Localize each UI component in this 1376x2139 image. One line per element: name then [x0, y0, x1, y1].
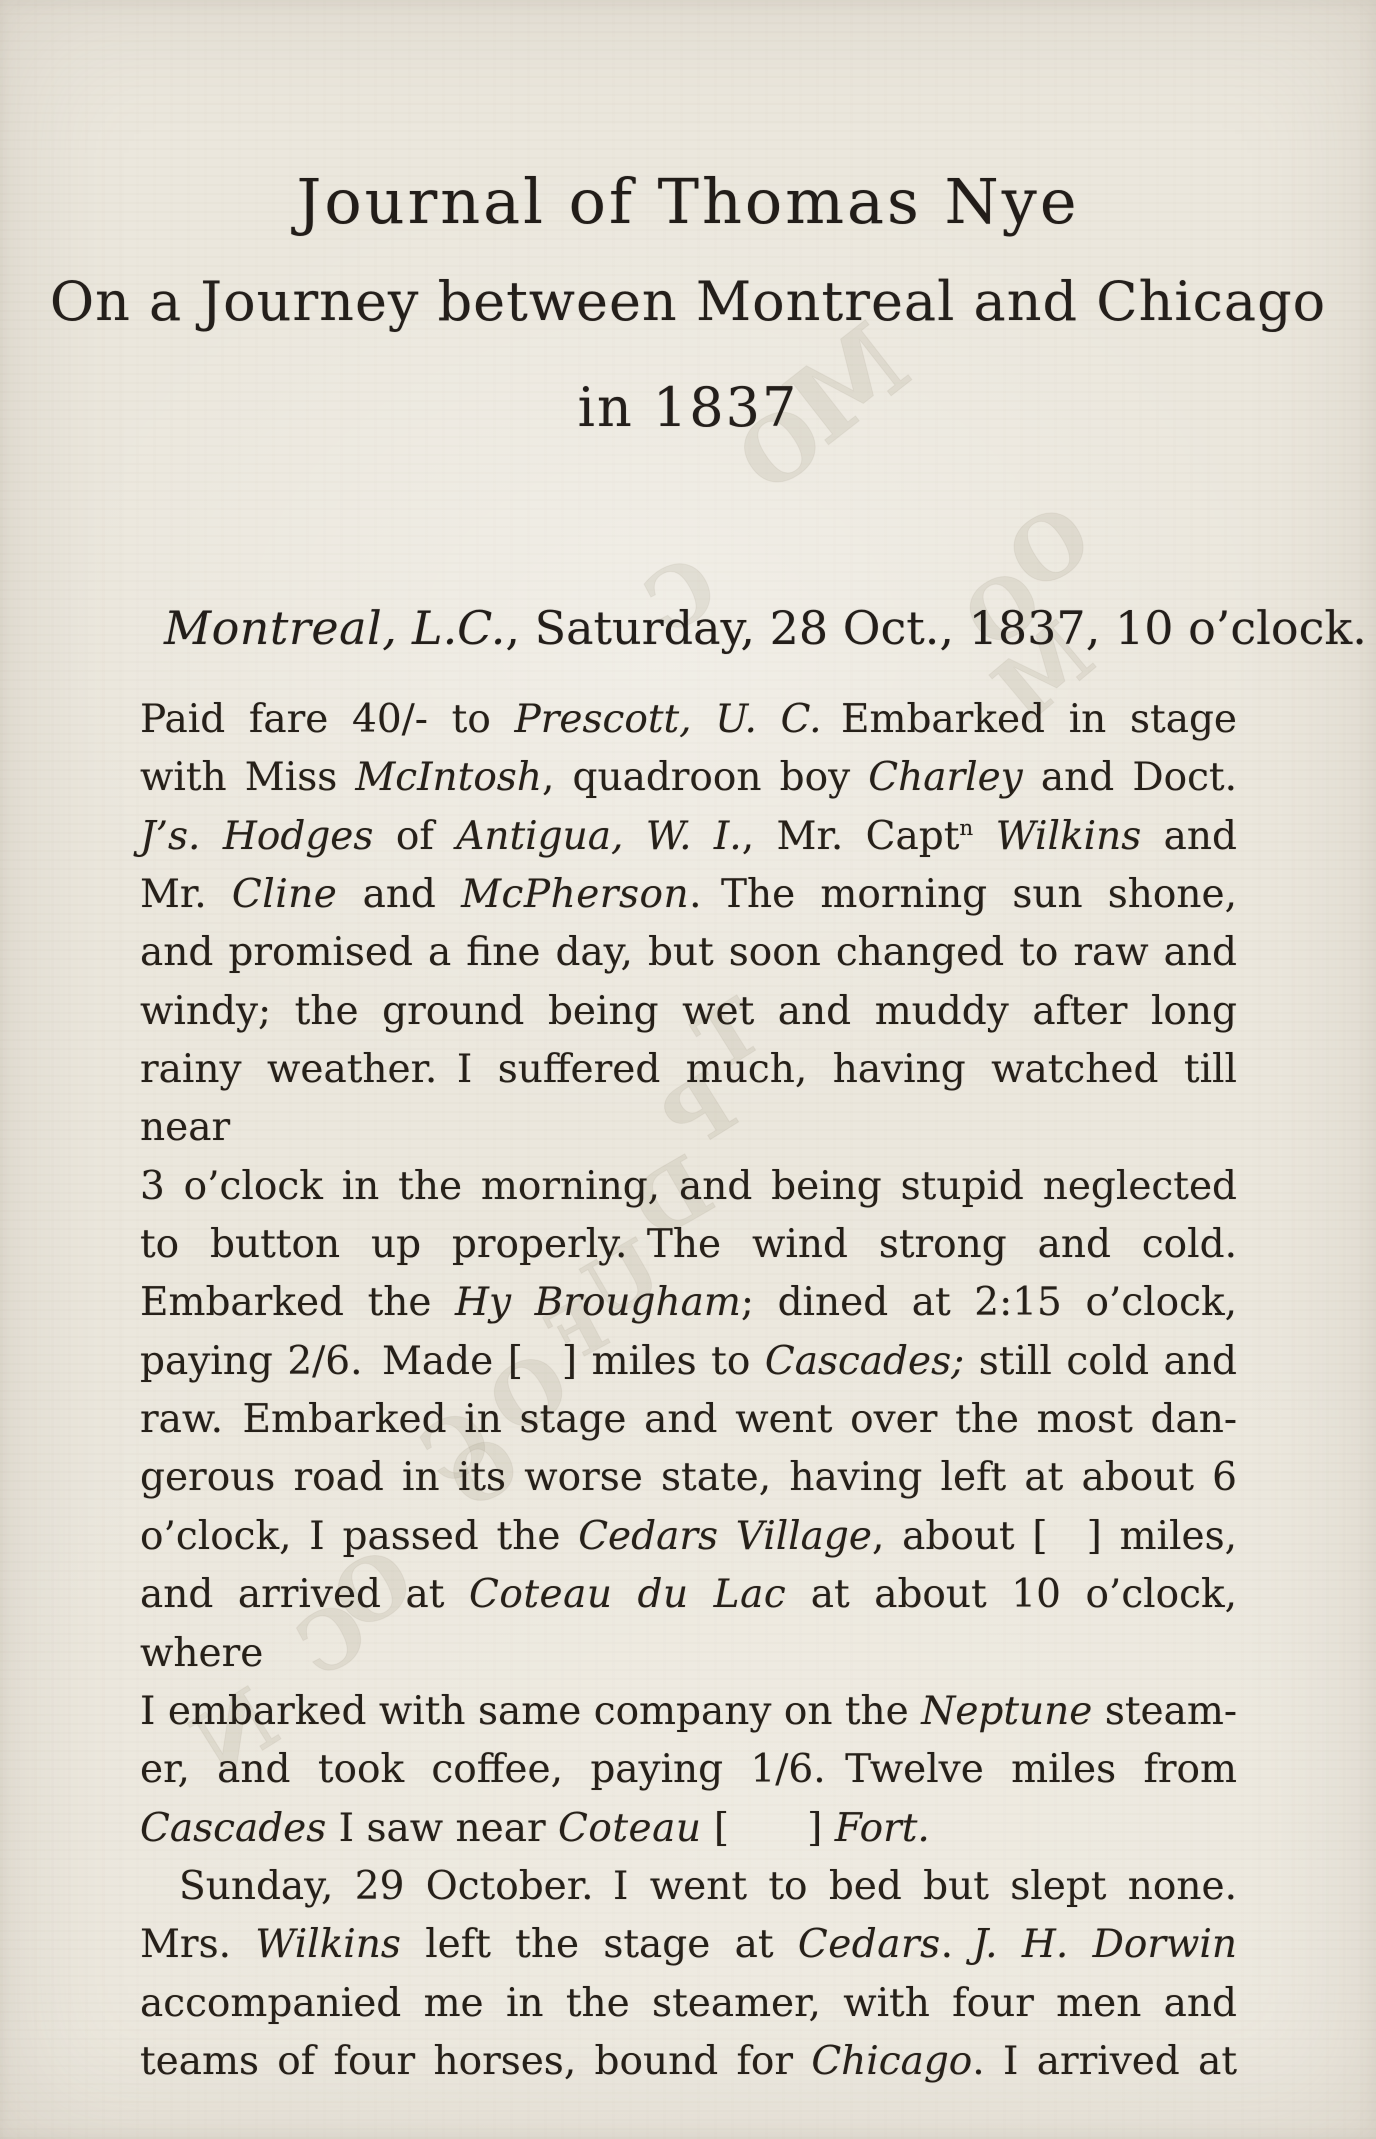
text-segment: Embarked the — [140, 1280, 455, 1325]
page-year-line: in 1837 — [0, 378, 1376, 437]
text-segment: McPherson — [461, 872, 689, 917]
text-line: windy; the ground being wet and muddy af… — [140, 983, 1237, 1041]
text-segment: McIntosh — [355, 755, 542, 800]
text-segment: and — [337, 872, 461, 917]
text-segment: Cascades; — [765, 1339, 964, 1384]
text-segment: Coteau du Lac — [469, 1572, 786, 1617]
dateline-segment: L.C. — [412, 601, 505, 655]
ghost-letter: O — [991, 486, 1108, 611]
text-segment: Wilkins — [255, 1922, 401, 1967]
text-segment: and — [1141, 814, 1237, 859]
text-segment: of — [373, 814, 456, 859]
text-segment: windy; the ground being wet and muddy af… — [140, 989, 1237, 1034]
text-line: Mrs. Wilkins left the stage at Cedars. J… — [140, 1916, 1237, 1974]
text-segment: , quadroon boy — [542, 755, 868, 800]
text-line: to button up properly. The wind strong a… — [140, 1216, 1237, 1274]
text-line: and arrived at Coteau du Lac at about 10… — [140, 1566, 1237, 1683]
text-segment: and arrived at — [140, 1572, 469, 1617]
text-line: Embarked the Hy Brougham; dined at 2:15 … — [140, 1274, 1237, 1332]
journal-dateline: Montreal, L.C., Saturday, 28 Oct., 1837,… — [140, 601, 1237, 656]
text-line: teams of four horses, bound for Chicago.… — [140, 2033, 1237, 2091]
page-subtitle: On a Journey between Montreal and Chicag… — [0, 272, 1376, 331]
text-line: Cascades I saw near Coteau [ ] Fort. — [140, 1800, 1237, 1858]
text-segment: . — [941, 1922, 973, 1967]
text-line: I embarked with same company on the Nept… — [140, 1683, 1237, 1741]
text-line: o’clock, I passed the Cedars Village, ab… — [140, 1508, 1237, 1566]
text-segment: 3 o’clock in the morning, and being stup… — [140, 1164, 1237, 1209]
text-segment: Prescott, U. C. — [515, 697, 822, 742]
text-segment: Mrs. — [140, 1922, 255, 1967]
text-segment: Cedars — [798, 1922, 941, 1967]
text-segment: , about [ ] miles, — [872, 1514, 1237, 1559]
text-segment: Wilkins — [996, 814, 1142, 859]
text-line: 3 o’clock in the morning, and being stup… — [140, 1158, 1237, 1216]
text-segment: still cold and — [964, 1339, 1237, 1384]
text-segment: [ ] — [701, 1806, 834, 1851]
text-segment: left the stage at — [401, 1922, 798, 1967]
text-segment: teams of four horses, bound for — [140, 2039, 811, 2084]
text-line: paying 2/6. Made [ ] miles to Cascades; … — [140, 1333, 1237, 1391]
text-segment: n — [959, 816, 973, 841]
text-line: raw. Embarked in stage and went over the… — [140, 1391, 1237, 1449]
text-segment: er, and took coffee, paying 1/6. Twelve … — [140, 1747, 1237, 1792]
text-segment: I embarked with same company on the — [140, 1689, 921, 1734]
text-segment: Cedars Village — [578, 1514, 872, 1559]
text-segment: steam- — [1092, 1689, 1237, 1734]
text-segment: with Miss — [140, 755, 355, 800]
text-segment: Sunday, 29 October. I went to bed but sl… — [140, 1864, 1237, 1909]
text-line: J’s. Hodges of Antigua, W. I., Mr. Captn… — [140, 808, 1237, 866]
dateline-segment: , Saturday, 28 Oct., 1837, 10 o’clock. — [505, 601, 1366, 655]
dateline-segment: Montreal, — [164, 601, 397, 655]
book-page-scan: MOOOMCTPDUFOCOOCN Journal of Thomas Nye … — [0, 0, 1376, 2139]
text-line: accompanied me in the steamer, with four… — [140, 1975, 1237, 2033]
text-segment: J. H. Dorwin — [973, 1922, 1237, 1967]
text-segment: Cline — [232, 872, 337, 917]
page-title: Journal of Thomas Nye — [0, 168, 1376, 236]
text-segment: J’s. Hodges — [140, 814, 373, 859]
text-segment: and promised a fine day, but soon change… — [140, 930, 1237, 975]
text-segment: Fort. — [835, 1806, 930, 1851]
dateline-segment — [397, 601, 412, 655]
text-segment: o’clock, I passed the — [140, 1514, 578, 1559]
text-segment: Mr. — [140, 872, 232, 917]
text-line: and promised a fine day, but soon change… — [140, 924, 1237, 982]
text-segment: Antigua, W. I. — [456, 814, 742, 859]
text-line: er, and took coffee, paying 1/6. Twelve … — [140, 1741, 1237, 1799]
text-segment: . The morning sun shone, — [689, 872, 1237, 917]
text-line: Sunday, 29 October. I went to bed but sl… — [140, 1858, 1237, 1916]
text-segment: , Mr. Capt — [742, 814, 960, 859]
text-line: rainy weather. I suffered much, having w… — [140, 1041, 1237, 1158]
text-line: with Miss McIntosh, quadroon boy Charley… — [140, 749, 1237, 807]
text-segment: rainy weather. I suffered much, having w… — [140, 1047, 1237, 1150]
text-segment: ; dined at 2:15 o’clock, — [741, 1280, 1237, 1325]
text-line: Paid fare 40/- to Prescott, U. C. Embark… — [140, 691, 1237, 749]
text-segment: Embarked in stage — [822, 697, 1237, 742]
text-segment: Cascades — [140, 1806, 326, 1851]
text-segment — [973, 814, 995, 859]
text-segment: paying 2/6. Made [ ] miles to — [140, 1339, 765, 1384]
text-segment: and Doct. — [1023, 755, 1237, 800]
text-segment: Chicago — [811, 2039, 972, 2084]
text-segment: Neptune — [921, 1689, 1092, 1734]
text-segment: Hy Brougham — [455, 1280, 741, 1325]
text-segment: to button up properly. The wind strong a… — [140, 1222, 1237, 1267]
text-line: gerous road in its worse state, having l… — [140, 1449, 1237, 1507]
text-segment: Paid fare 40/- to — [140, 697, 515, 742]
text-segment: gerous road in its worse state, having l… — [140, 1455, 1237, 1500]
text-line: Mr. Cline and McPherson. The morning sun… — [140, 866, 1237, 924]
text-segment: Coteau — [558, 1806, 701, 1851]
journal-body-text: Paid fare 40/- to Prescott, U. C. Embark… — [140, 691, 1237, 2091]
text-segment: accompanied me in the steamer, with four… — [140, 1981, 1237, 2026]
text-segment: Charley — [868, 755, 1022, 800]
text-segment: raw. Embarked in stage and went over the… — [140, 1397, 1237, 1442]
text-segment: I saw near — [326, 1806, 558, 1851]
text-segment: . I arrived at — [972, 2039, 1237, 2084]
